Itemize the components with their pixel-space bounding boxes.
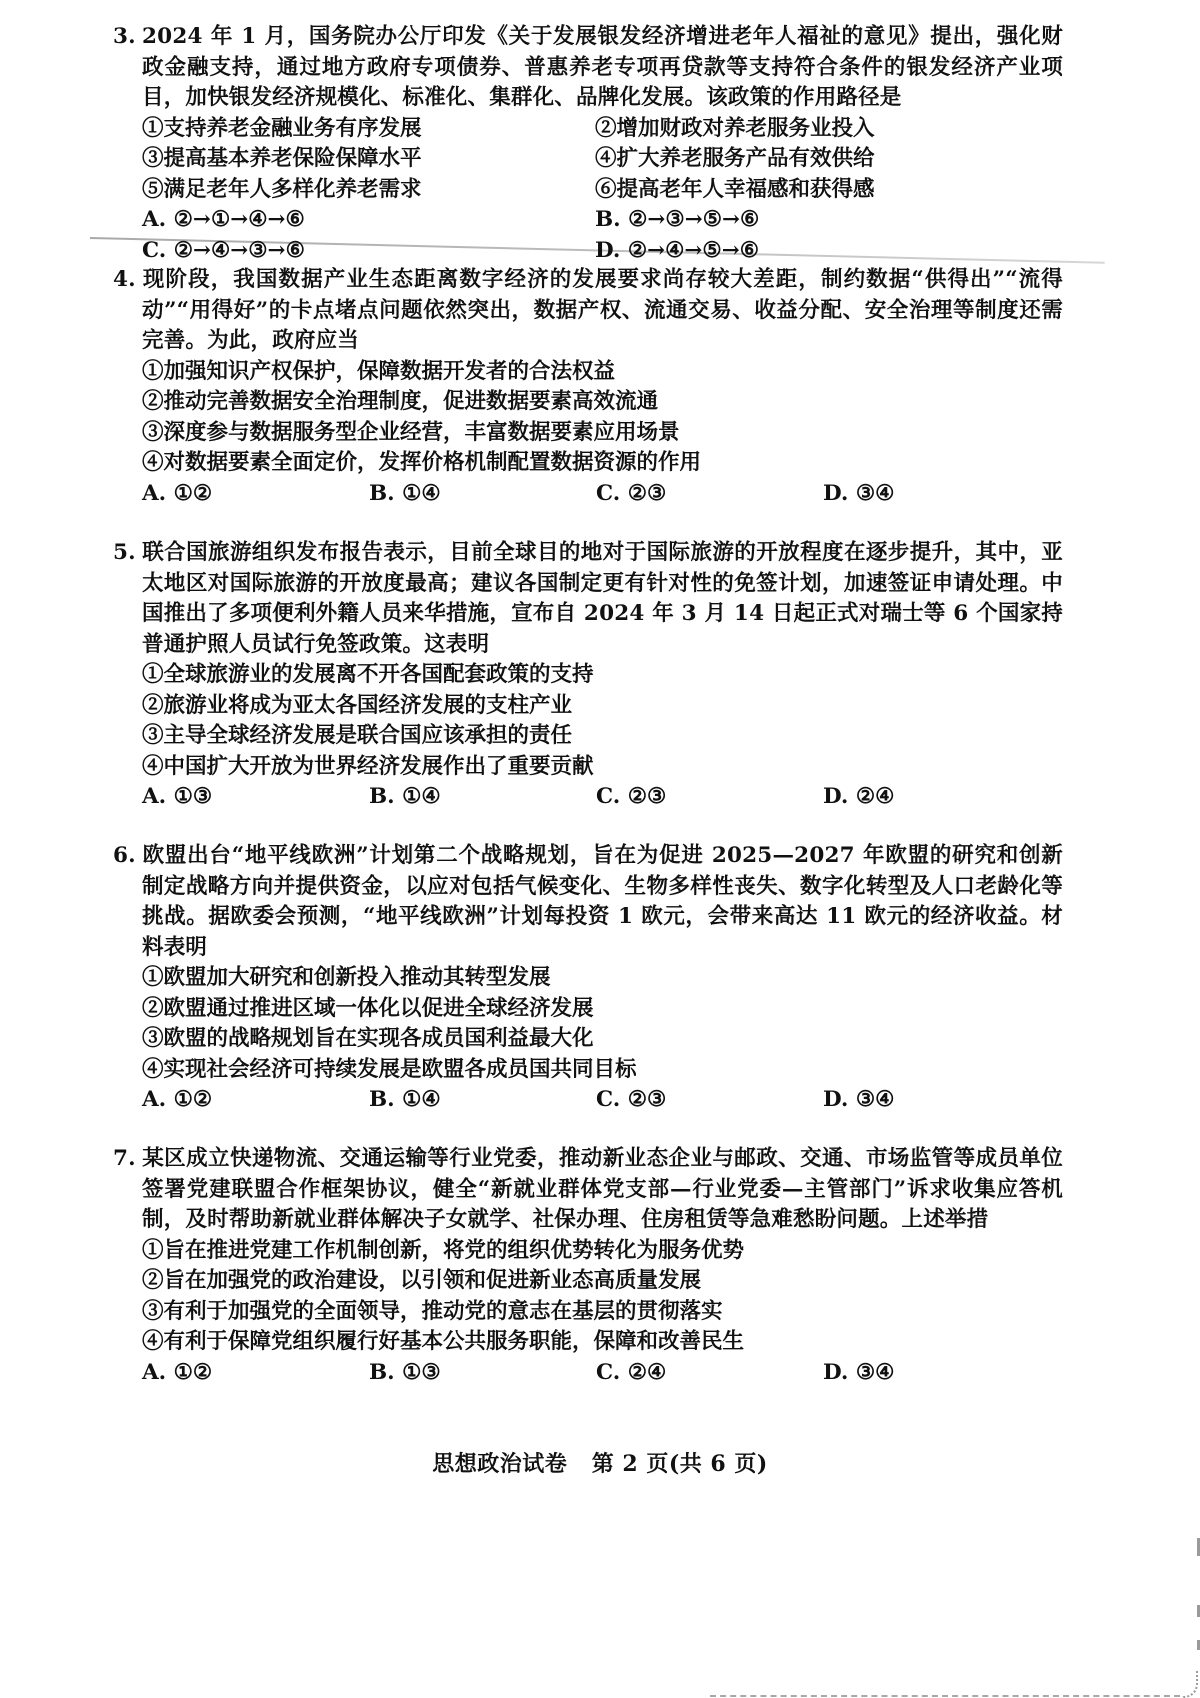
choice-c: C. ②③ bbox=[596, 782, 823, 813]
question-stem: 4.现阶段，我国数据产业生态距离数字经济的发展要求尚存较大差距，制约数据“供得出… bbox=[113, 265, 1063, 357]
statement: ⑥提高老年人幸福感和获得感 bbox=[595, 175, 1048, 206]
choice-d: D. ③④ bbox=[823, 1358, 1050, 1389]
choice-c: C. ②③ bbox=[596, 1085, 823, 1116]
question-7: 7.某区成立快递物流、交通运输等行业党委，推动新业态企业与邮政、交通、市场监管等… bbox=[113, 1144, 1063, 1388]
scan-artifact-corner bbox=[1182, 1670, 1198, 1698]
question-number: 6. bbox=[113, 841, 142, 872]
footer-page-number: 第 2 页(共 6 页) bbox=[592, 1451, 768, 1477]
choice-a: A. ①② bbox=[142, 479, 369, 510]
question-text: 欧盟出台“地平线欧洲”计划第二个战略规划，旨在为促进 2025—2027 年欧盟… bbox=[142, 843, 1063, 960]
choice-row: A. ①② B. ①③ C. ②④ D. ③④ bbox=[113, 1358, 1063, 1389]
footer-subject: 思想政治试卷 bbox=[432, 1451, 567, 1477]
statement-row: ③提高基本养老保险保障水平 ④扩大养老服务产品有效供给 bbox=[113, 144, 1063, 175]
statement: ②推动完善数据安全治理制度，促进数据要素高效流通 bbox=[113, 387, 1063, 418]
choice-a: A. ①② bbox=[142, 1085, 369, 1116]
choice-a: A. ①③ bbox=[142, 782, 369, 813]
statement: ②旨在加强党的政治建设，以引领和促进新业态高质量发展 bbox=[113, 1266, 1063, 1297]
choice-c: C. ②③ bbox=[596, 479, 823, 510]
statement: ①全球旅游业的发展离不开各国配套政策的支持 bbox=[113, 660, 1063, 691]
question-text: 某区成立快递物流、交通运输等行业党委，推动新业态企业与邮政、交通、市场监管等成员… bbox=[142, 1146, 1063, 1232]
question-stem: 3.2024 年 1 月，国务院办公厅印发《关于发展银发经济增进老年人福祉的意见… bbox=[113, 22, 1063, 114]
statement: ②增加财政对养老服务业投入 bbox=[595, 114, 1048, 145]
question-stem: 6.欧盟出台“地平线欧洲”计划第二个战略规划，旨在为促进 2025—2027 年… bbox=[113, 841, 1063, 963]
question-number: 5. bbox=[113, 538, 142, 569]
question-stem: 7.某区成立快递物流、交通运输等行业党委，推动新业态企业与邮政、交通、市场监管等… bbox=[113, 1144, 1063, 1236]
statement: ①支持养老金融业务有序发展 bbox=[142, 114, 595, 145]
statement: ④中国扩大开放为世界经济发展作出了重要贡献 bbox=[113, 752, 1063, 783]
statement: ①加强知识产权保护，保障数据开发者的合法权益 bbox=[113, 357, 1063, 388]
question-6: 6.欧盟出台“地平线欧洲”计划第二个战略规划，旨在为促进 2025—2027 年… bbox=[113, 841, 1063, 1116]
question-stem: 5.联合国旅游组织发布报告表示，目前全球目的地对于国际旅游的开放程度在逐步提升，… bbox=[113, 538, 1063, 660]
page-footer: 思想政治试卷 第 2 页(共 6 页) bbox=[0, 1447, 1200, 1478]
choice-a: A. ②→①→④→⑥ bbox=[142, 205, 595, 236]
choice-b: B. ①④ bbox=[369, 782, 596, 813]
choice-b: B. ①③ bbox=[369, 1358, 596, 1389]
question-text: 2024 年 1 月，国务院办公厅印发《关于发展银发经济增进老年人福祉的意见》提… bbox=[142, 24, 1063, 110]
statement: ④有利于保障党组织履行好基本公共服务职能，保障和改善民生 bbox=[113, 1327, 1063, 1358]
choice-row: A. ①③ B. ①④ C. ②③ D. ②④ bbox=[113, 782, 1063, 813]
choice-row: C. ②→④→③→⑥ D. ②→④→⑤→⑥ bbox=[113, 236, 1063, 267]
choice-a: A. ①② bbox=[142, 1358, 369, 1389]
question-3: 3.2024 年 1 月，国务院办公厅印发《关于发展银发经济增进老年人福祉的意见… bbox=[113, 22, 1063, 266]
choice-d: D. ③④ bbox=[823, 1085, 1050, 1116]
choice-b: B. ②→③→⑤→⑥ bbox=[595, 205, 1048, 236]
statement: ④扩大养老服务产品有效供给 bbox=[595, 144, 1048, 175]
choice-c: C. ②→④→③→⑥ bbox=[142, 236, 595, 267]
statement: ④实现社会经济可持续发展是欧盟各成员国共同目标 bbox=[113, 1055, 1063, 1086]
statement: ①欧盟加大研究和创新投入推动其转型发展 bbox=[113, 963, 1063, 994]
statement: ③主导全球经济发展是联合国应该承担的责任 bbox=[113, 721, 1063, 752]
statement: ④对数据要素全面定价，发挥价格机制配置数据资源的作用 bbox=[113, 448, 1063, 479]
statement: ③有利于加强党的全面领导，推动党的意志在基层的贯彻落实 bbox=[113, 1297, 1063, 1328]
choice-d: D. ②④ bbox=[823, 782, 1050, 813]
statement: ③深度参与数据服务型企业经营，丰富数据要素应用场景 bbox=[113, 418, 1063, 449]
choice-b: B. ①④ bbox=[369, 479, 596, 510]
statement: ③欧盟的战略规划旨在实现各成员国利益最大化 bbox=[113, 1024, 1063, 1055]
choice-c: C. ②④ bbox=[596, 1358, 823, 1389]
question-5: 5.联合国旅游组织发布报告表示，目前全球目的地对于国际旅游的开放程度在逐步提升，… bbox=[113, 538, 1063, 813]
choice-row: A. ①② B. ①④ C. ②③ D. ③④ bbox=[113, 1085, 1063, 1116]
choice-row: A. ①② B. ①④ C. ②③ D. ③④ bbox=[113, 479, 1063, 510]
choice-b: B. ①④ bbox=[369, 1085, 596, 1116]
statement: ②旅游业将成为亚太各国经济发展的支柱产业 bbox=[113, 691, 1063, 722]
exam-page: 3.2024 年 1 月，国务院办公厅印发《关于发展银发经济增进老年人福祉的意见… bbox=[0, 0, 1200, 1698]
scan-artifact-dashed-edge bbox=[710, 1695, 1180, 1697]
choice-d: D. ③④ bbox=[823, 479, 1050, 510]
choice-d: D. ②→④→⑤→⑥ bbox=[595, 236, 1048, 267]
statement: ①旨在推进党建工作机制创新，将党的组织优势转化为服务优势 bbox=[113, 1236, 1063, 1267]
statement: ⑤满足老年人多样化养老需求 bbox=[142, 175, 595, 206]
statement: ②欧盟通过推进区域一体化以促进全球经济发展 bbox=[113, 994, 1063, 1025]
question-text: 现阶段，我国数据产业生态距离数字经济的发展要求尚存较大差距，制约数据“供得出”“… bbox=[142, 267, 1063, 353]
question-number: 4. bbox=[113, 265, 142, 296]
statement: ③提高基本养老保险保障水平 bbox=[142, 144, 595, 175]
question-4: 4.现阶段，我国数据产业生态距离数字经济的发展要求尚存较大差距，制约数据“供得出… bbox=[113, 265, 1063, 509]
statement-row: ①支持养老金融业务有序发展 ②增加财政对养老服务业投入 bbox=[113, 114, 1063, 145]
question-number: 3. bbox=[113, 22, 142, 53]
choice-row: A. ②→①→④→⑥ B. ②→③→⑤→⑥ bbox=[113, 205, 1063, 236]
question-text: 联合国旅游组织发布报告表示，目前全球目的地对于国际旅游的开放程度在逐步提升，其中… bbox=[142, 540, 1063, 657]
question-number: 7. bbox=[113, 1144, 142, 1175]
statement-row: ⑤满足老年人多样化养老需求 ⑥提高老年人幸福感和获得感 bbox=[113, 175, 1063, 206]
